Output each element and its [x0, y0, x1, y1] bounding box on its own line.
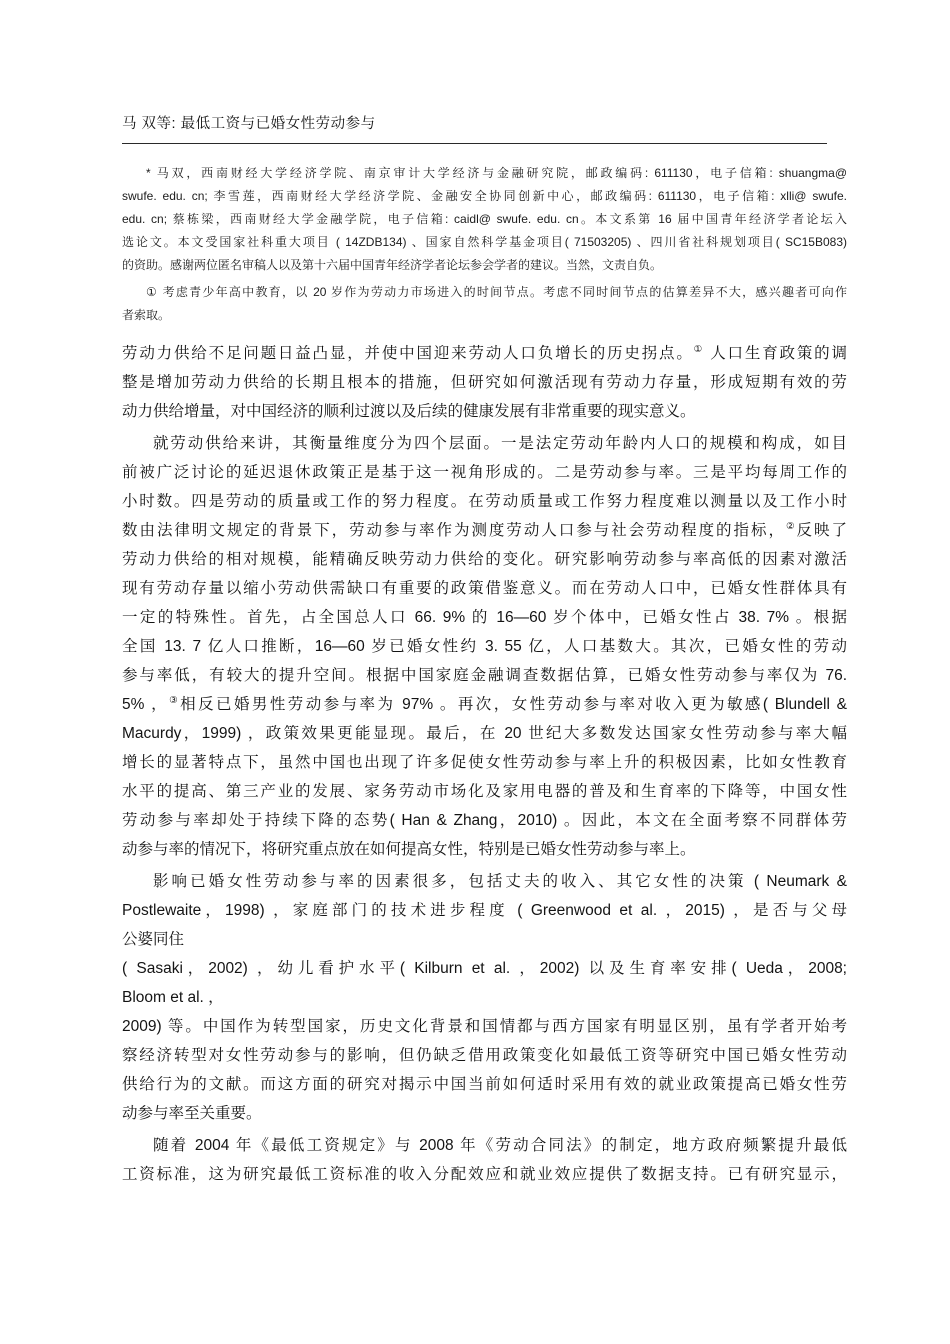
text-line: 工资标准，这为研究最低工资标准的收入分配效应和就业效应提供了数据支持。已有研究显…: [122, 1160, 847, 1189]
footnote-marker: ①: [694, 344, 704, 355]
paragraph: 劳动力供给不足问题日益凸显，并使中国迎来劳动人口负增长的历史拐点。① 人口生育政…: [122, 339, 847, 426]
text-line: 劳动力供给的相对规模，能精确反映劳动力供给的变化。研究影响劳动参与率高低的因素对…: [122, 545, 847, 574]
text-line: 全国 13. 7 亿人口推断，16—60 岁已婚女性约 3. 55 亿，人口基数…: [122, 632, 847, 661]
text-line: 5% ，③相反已婚男性劳动参与率为 97% 。再次，女性劳动参与率对收入更为敏感…: [122, 690, 847, 719]
text-line: 察经济转型对女性劳动参与的影响，但仍缺乏借用政策变化如最低工资等研究中国已婚女性…: [122, 1041, 847, 1070]
text-line: 小时数。四是劳动的质量或工作的努力程度。在劳动质量或工作努力程度难以测量以及工作…: [122, 487, 847, 516]
text-line: swufe. edu. cn; 李雪莲，西南财经大学经济学院、金融安全协同创新中…: [122, 185, 847, 208]
text-line: 的资助。感谢两位匿名审稿人以及第十六届中国青年经济学者论坛参会学者的建议。当然，…: [122, 254, 847, 277]
text-line: 劳动力供给不足问题日益凸显，并使中国迎来劳动人口负增长的历史拐点。① 人口生育政…: [122, 339, 847, 368]
text-line: * 马双，西南财经大学经济学院、南京审计大学经济与金融研究院，邮政编码: 611…: [122, 162, 847, 185]
text-line: 动力供给增量，对中国经济的顺利过渡以及后续的健康发展有非常重要的现实意义。: [122, 397, 847, 426]
text-line: 供给行为的文献。而这方面的研究对揭示中国当前如何适时采用有效的就业政策提高已婚女…: [122, 1070, 847, 1099]
text-line: 一定的特殊性。首先，占全国总人口 66. 9% 的 16—60 岁个体中，已婚女…: [122, 603, 847, 632]
text-line: 2009) 等。中国作为转型国家，历史文化背景和国情都与西方国家有明显区别，虽有…: [122, 1012, 847, 1041]
footnote-marker: ③: [169, 695, 180, 706]
text-line: 参与率低，有较大的提升空间。根据中国家庭金融调查数据估算，已婚女性劳动参与率仅为…: [122, 661, 847, 690]
paragraph: 随着 2004 年《最低工资规定》与 2008 年《劳动合同法》的制定，地方政府…: [122, 1131, 847, 1189]
text-line: 水平的提高、第三产业的发展、家务劳动市场化及家用电器的普及和生育率的下降等，中国…: [122, 777, 847, 806]
text-line: 随着 2004 年《最低工资规定》与 2008 年《劳动合同法》的制定，地方政府…: [122, 1131, 847, 1160]
text-line: edu. cn; 蔡栋梁，西南财经大学金融学院，电子信箱: caidl@ swu…: [122, 208, 847, 231]
text-line: 数由法律明文规定的背景下，劳动参与率作为测度劳动人口参与社会劳动程度的指标，②反…: [122, 516, 847, 545]
body-text: 劳动力供给不足问题日益凸显，并使中国迎来劳动人口负增长的历史拐点。① 人口生育政…: [122, 339, 847, 1189]
text-line: 影响已婚女性劳动参与率的因素很多，包括丈夫的收入、其它女性的决策 ( Neuma…: [122, 867, 847, 896]
author-footnote: * 马双，西南财经大学经济学院、南京审计大学经济与金融研究院，邮政编码: 611…: [122, 162, 847, 277]
text-line: 整是增加劳动力供给的长期且根本的措施，但研究如何激活现有劳动力存量，形成短期有效…: [122, 368, 847, 397]
text-line: ① 考虑青少年高中教育，以 20 岁作为劳动力市场进入的时间节点。考虑不同时间节…: [122, 281, 847, 304]
text-line: Macurdy，1999) ，政策效果更能显现。最后，在 20 世纪大多数发达国…: [122, 719, 847, 748]
header-divider: [122, 143, 827, 144]
text-line: Postlewaite，1998) ，家庭部门的技术进步程度 ( Greenwo…: [122, 896, 847, 925]
paragraph: 就劳动供给来讲，其衡量维度分为四个层面。一是法定劳动年龄内人口的规模和构成，如目…: [122, 429, 847, 864]
text-line: 动参与率至关重要。: [122, 1099, 847, 1128]
running-head: 马 双等: 最低工资与已婚女性劳动参与: [122, 114, 847, 134]
text-line: 公婆同住: [122, 925, 847, 954]
footnote-marker: ②: [786, 521, 797, 532]
document-page: 马 双等: 最低工资与已婚女性劳动参与 * 马双，西南财经大学经济学院、南京审计…: [0, 0, 950, 1344]
paragraph: 影响已婚女性劳动参与率的因素很多，包括丈夫的收入、其它女性的决策 ( Neuma…: [122, 867, 847, 1128]
text-line: 现有劳动存量以缩小劳动供需缺口有重要的政策借鉴意义。而在劳动人口中，已婚女性群体…: [122, 574, 847, 603]
text-line: Bloom et al. ，: [122, 983, 847, 1012]
text-line: 劳动参与率却处于持续下降的态势( Han & Zhang，2010) 。因此，本…: [122, 806, 847, 835]
text-line: 选论文。本文受国家社科重大项目 ( 14ZDB134) 、国家自然科学基金项目(…: [122, 231, 847, 254]
text-line: 就劳动供给来讲，其衡量维度分为四个层面。一是法定劳动年龄内人口的规模和构成，如目: [122, 429, 847, 458]
text-line: 动参与率的情况下，将研究重点放在如何提高女性，特别是已婚女性劳动参与率上。: [122, 835, 847, 864]
footnote-1: ① 考虑青少年高中教育，以 20 岁作为劳动力市场进入的时间节点。考虑不同时间节…: [122, 281, 847, 327]
text-line: 前被广泛讨论的延迟退休政策正是基于这一视角形成的。二是劳动参与率。三是平均每周工…: [122, 458, 847, 487]
text-line: ( Sasaki，2002) ，幼儿看护水平( Kilburn et al. ，…: [122, 954, 847, 983]
text-line: 增长的显著特点下，虽然中国也出现了许多促使女性劳动参与率上升的积极因素，比如女性…: [122, 748, 847, 777]
text-line: 者索取。: [122, 304, 847, 327]
